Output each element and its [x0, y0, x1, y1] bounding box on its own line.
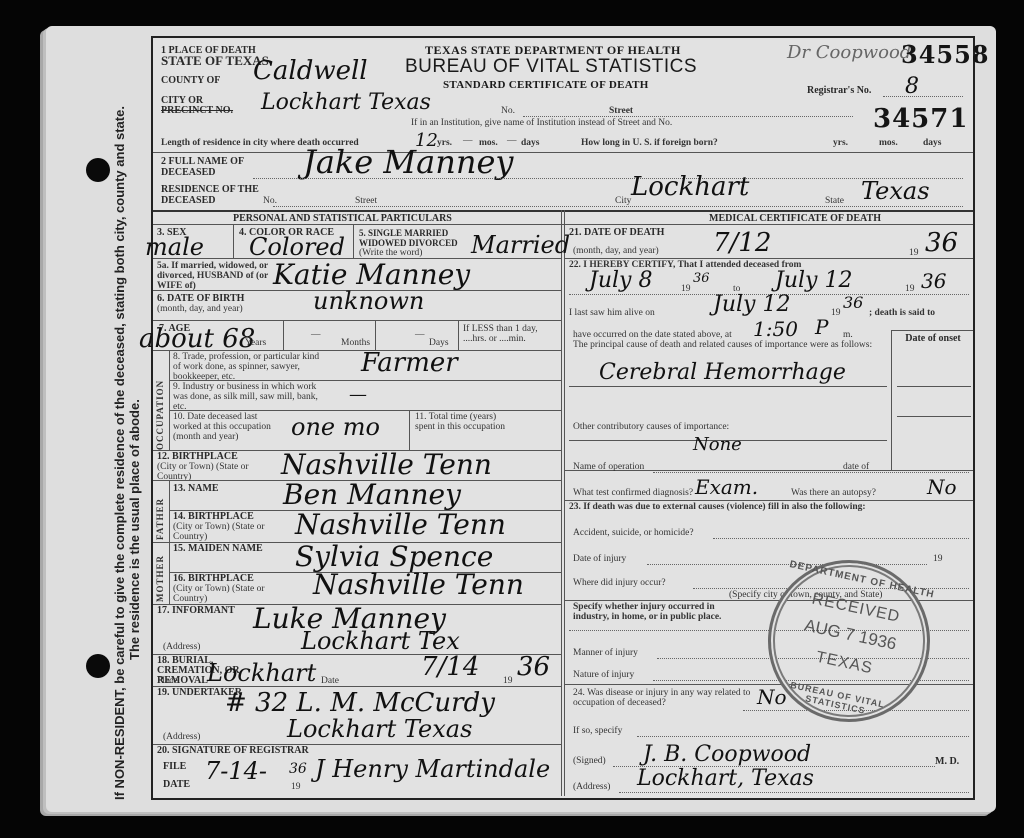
attended-to-year: 36 [921, 270, 946, 292]
undertaker-address-label: (Address) [163, 732, 200, 742]
pencil-note: Dr Coopwood [787, 42, 911, 64]
medical-section-title: MEDICAL CERTIFICATE OF DEATH [709, 214, 881, 224]
center-divider [561, 210, 562, 796]
md-label: M. D. [935, 757, 959, 767]
death-said-label: ; death is said to [869, 308, 935, 318]
residence-city: Lockhart [631, 176, 749, 198]
foreign-mos-label: mos. [879, 138, 898, 148]
if-so-label: If so, specify [573, 726, 622, 736]
residence-state: Texas [861, 180, 930, 202]
injury-place-label: Specify whether injury occurred in indus… [573, 602, 753, 622]
residence-state-label: State [825, 196, 844, 206]
trade-label: 8. Trade, profession, or particular kind… [173, 352, 323, 382]
injury-date-label: Date of injury [573, 554, 626, 564]
residence-street-label: Street [355, 196, 377, 206]
mother-birthplace-label: 16. BIRTHPLACE [173, 574, 254, 584]
manner-label: Manner of injury [573, 648, 638, 658]
mother-side-label: MOTHER [155, 555, 165, 602]
foreign-days-label: days [923, 138, 941, 148]
test-value: Exam. [695, 476, 758, 498]
margin-note-line2: The residence is the usual place of abod… [127, 40, 142, 800]
last-saw-label: I last saw him alive on [569, 308, 655, 318]
informant-label: 17. INFORMANT [157, 606, 235, 616]
undertaker-name: # 32 L. M. McCurdy [225, 692, 495, 714]
county-value: Caldwell [253, 60, 368, 82]
signed-label: (Signed) [573, 756, 606, 766]
deceased-name: Jake Manney [303, 144, 513, 180]
attended-to: July 12 [775, 270, 852, 292]
date-of-death-hint: (month, day, and year) [573, 246, 659, 256]
marital-hint: (Write the word) [359, 248, 422, 258]
margin-instructions: If NON-RESIDENT, be careful to give the … [60, 30, 140, 810]
divider [153, 320, 561, 321]
total-time-label: 11. Total time (years) spent in this occ… [415, 412, 505, 432]
file-year: 36 [289, 758, 307, 780]
if-so-dots [637, 736, 969, 737]
burial-year-prefix: 19 [503, 676, 513, 686]
divider [153, 210, 973, 212]
father-birthplace-label: 14. BIRTHPLACE [173, 512, 254, 522]
operation-value: None [693, 434, 742, 456]
father-name-label: 13. NAME [173, 484, 219, 494]
less-than-day-label: If LESS than 1 day, ....hrs. or ....min. [463, 324, 555, 344]
last-saw-year: 36 [843, 292, 863, 314]
birthplace-hint: (City or Town) (State or Country) [157, 462, 267, 482]
stamp-number-top: 34558 [901, 40, 990, 69]
spouse-label: 5a. If married, widowed, or divorced, HU… [157, 261, 277, 291]
operation-label: Name of operation [573, 462, 644, 472]
burial-place: Lockhart [207, 662, 316, 684]
onset-line [897, 416, 971, 417]
physician-address: Lockhart, Texas [637, 768, 814, 790]
sex-value: male [145, 236, 204, 258]
mother-birthplace-hint: (City or Town) (State or Country) [173, 584, 283, 604]
certificate-title: STANDARD CERTIFICATE OF DEATH [443, 79, 649, 91]
registrar-number: 8 [905, 76, 919, 98]
injury-where-label: Where did injury occur? [573, 578, 666, 588]
street-dots [523, 116, 853, 117]
registrar-label: Registrar's No. [807, 86, 871, 96]
divider [409, 410, 410, 450]
occurred-label: have occurred on the date stated above, … [573, 330, 732, 340]
father-name: Ben Manney [283, 480, 461, 510]
birthplace-label: 12. BIRTHPLACE [157, 452, 238, 462]
years-label: Years [245, 338, 266, 348]
date-label: DATE [163, 780, 190, 790]
residence-label: RESIDENCE OF THE DECEASED [161, 184, 261, 206]
attended-to-year-prefix: 19 [905, 284, 915, 294]
cause-line [569, 386, 887, 387]
divider [565, 258, 973, 259]
spouse-value: Katie Manney [273, 260, 470, 290]
birthplace-value: Nashville Tenn [281, 450, 492, 480]
death-year-prefix: 19 [909, 248, 919, 258]
certificate-number: 34571 [873, 104, 968, 134]
center-divider [564, 210, 565, 796]
onset-label: Date of onset [905, 334, 961, 344]
days-label: Days [429, 338, 449, 348]
accident-label: Accident, suicide, or homicide? [573, 528, 694, 538]
divider [169, 410, 561, 411]
days-label: days [521, 138, 539, 148]
marital-label: 5. Single Married Widowed Divorced [359, 228, 469, 248]
foreign-born-label: How long in U. S. if foreign born? [581, 138, 718, 148]
father-birthplace: Nashville Tenn [295, 510, 506, 540]
burial-year: 36 [517, 656, 550, 678]
trade-value: Farmer [361, 352, 458, 374]
occupation-related-label: 24. Was disease or injury in any way rel… [573, 688, 763, 708]
months-label: Months [341, 338, 370, 348]
divider [283, 320, 284, 350]
divider [153, 654, 561, 655]
institution-note: If in an Institution, give name of Insti… [411, 118, 672, 128]
street-label: Street [609, 106, 633, 116]
race-value: Colored [249, 236, 345, 258]
divider [891, 330, 973, 331]
date-of-death: 7/12 [713, 232, 771, 254]
precinct-label: PRECINCT NO. [161, 106, 233, 116]
accident-dots [713, 538, 969, 539]
divider [233, 224, 234, 258]
burial-date: 7/14 [421, 656, 479, 678]
date-of-death-label: 21. DATE OF DEATH [569, 228, 664, 238]
attended-from-year-prefix: 19 [681, 284, 691, 294]
last-saw-date: July 12 [713, 294, 790, 316]
registrar-signature: J Henry Martindale [315, 758, 550, 780]
principal-cause-label: The principal cause of death and related… [573, 340, 883, 350]
foreign-yrs-label: yrs. [833, 138, 848, 148]
divider [375, 320, 376, 350]
industry-label: 9. Industry or business in which work wa… [173, 382, 323, 412]
divider [458, 320, 459, 350]
informant-address-label: (Address) [163, 642, 200, 652]
time-of-death: 1:50 [753, 318, 798, 340]
age-value: about 68 [139, 328, 255, 350]
industry-value: — [349, 384, 367, 406]
test-label: What test confirmed diagnosis? [573, 488, 693, 498]
residence-dots [273, 206, 963, 207]
m-label: m. [843, 330, 853, 340]
mother-birthplace: Nashville Tenn [313, 570, 524, 600]
external-causes-label: 23. If death was due to external causes … [569, 502, 866, 512]
full-name-label: 2 FULL NAME OF DECEASED [161, 156, 251, 178]
burial-date-label: Date [321, 676, 339, 686]
registrar-signature-label: 20. SIGNATURE OF REGISTRAR [157, 746, 309, 756]
father-birthplace-hint: (City or Town) (State or Country) [173, 522, 283, 542]
divider [153, 152, 973, 153]
injury-year-prefix: 19 [933, 554, 943, 564]
autopsy-value: No [927, 476, 957, 498]
dob-label: 6. DATE OF BIRTH [157, 294, 244, 304]
file-date: 7-14- [205, 760, 267, 782]
bureau-title: BUREAU OF VITAL STATISTICS [405, 56, 697, 78]
last-saw-year-prefix: 19 [831, 308, 841, 318]
father-side-label: FATHER [155, 498, 165, 540]
divider [153, 350, 561, 351]
nature-label: Nature of injury [573, 670, 634, 680]
file-year-prefix: 19 [291, 782, 301, 792]
principal-cause: Cerebral Hemorrhage [599, 362, 846, 384]
onset-divider [891, 330, 892, 470]
contributory-label: Other contributory causes of importance: [573, 422, 729, 432]
mother-name-label: 15. MAIDEN NAME [173, 544, 263, 554]
days-value: — [415, 330, 425, 340]
registrar-dots [883, 96, 963, 97]
autopsy-label: Was there an autopsy? [791, 488, 876, 498]
informant-address: Lockhart Tex [301, 630, 460, 652]
physician-address-label: (Address) [573, 782, 610, 792]
onset-line [897, 386, 971, 387]
no-label: No. [501, 106, 515, 116]
last-worked-value: one mo [291, 416, 380, 438]
divider [353, 224, 354, 258]
operation-dots [653, 472, 969, 473]
personal-section-title: PERSONAL AND STATISTICAL PARTICULARS [233, 214, 452, 224]
death-certificate-form: 1 PLACE OF DEATH STATE OF TEXAS COUNTY O… [151, 36, 975, 800]
operation-date-label: date of [843, 462, 869, 472]
dob-hint: (month, day, and year) [157, 304, 243, 314]
divider [565, 500, 973, 501]
death-year: 36 [925, 232, 958, 254]
months-value: — [311, 330, 321, 340]
residence-no-label: No. [263, 196, 277, 206]
marital-value: Married [471, 234, 570, 256]
last-worked-label: 10. Date deceased last worked at this oc… [173, 412, 283, 442]
meridiem: P [815, 316, 828, 338]
attended-from-year: 36 [693, 268, 710, 290]
name-dots [253, 178, 963, 179]
occupation-side-label: OCCUPATION [155, 380, 165, 450]
undertaker-address: Lockhart Texas [287, 718, 472, 740]
divider [153, 224, 973, 225]
margin-note-line1: If NON-RESIDENT, be careful to give the … [112, 40, 127, 800]
divider [169, 380, 561, 381]
physician-signature: J. B. Coopwood [643, 744, 811, 766]
dob-value: unknown [313, 290, 424, 312]
residence-city-label: City [615, 196, 631, 206]
file-label: FILE [163, 762, 186, 772]
city-value: Lockhart Texas [261, 92, 431, 114]
divider [169, 350, 170, 450]
county-label: COUNTY OF [161, 76, 220, 86]
burial-place-label: Place [157, 676, 178, 686]
address-dots [619, 792, 969, 793]
attended-from: July 8 [589, 270, 652, 292]
